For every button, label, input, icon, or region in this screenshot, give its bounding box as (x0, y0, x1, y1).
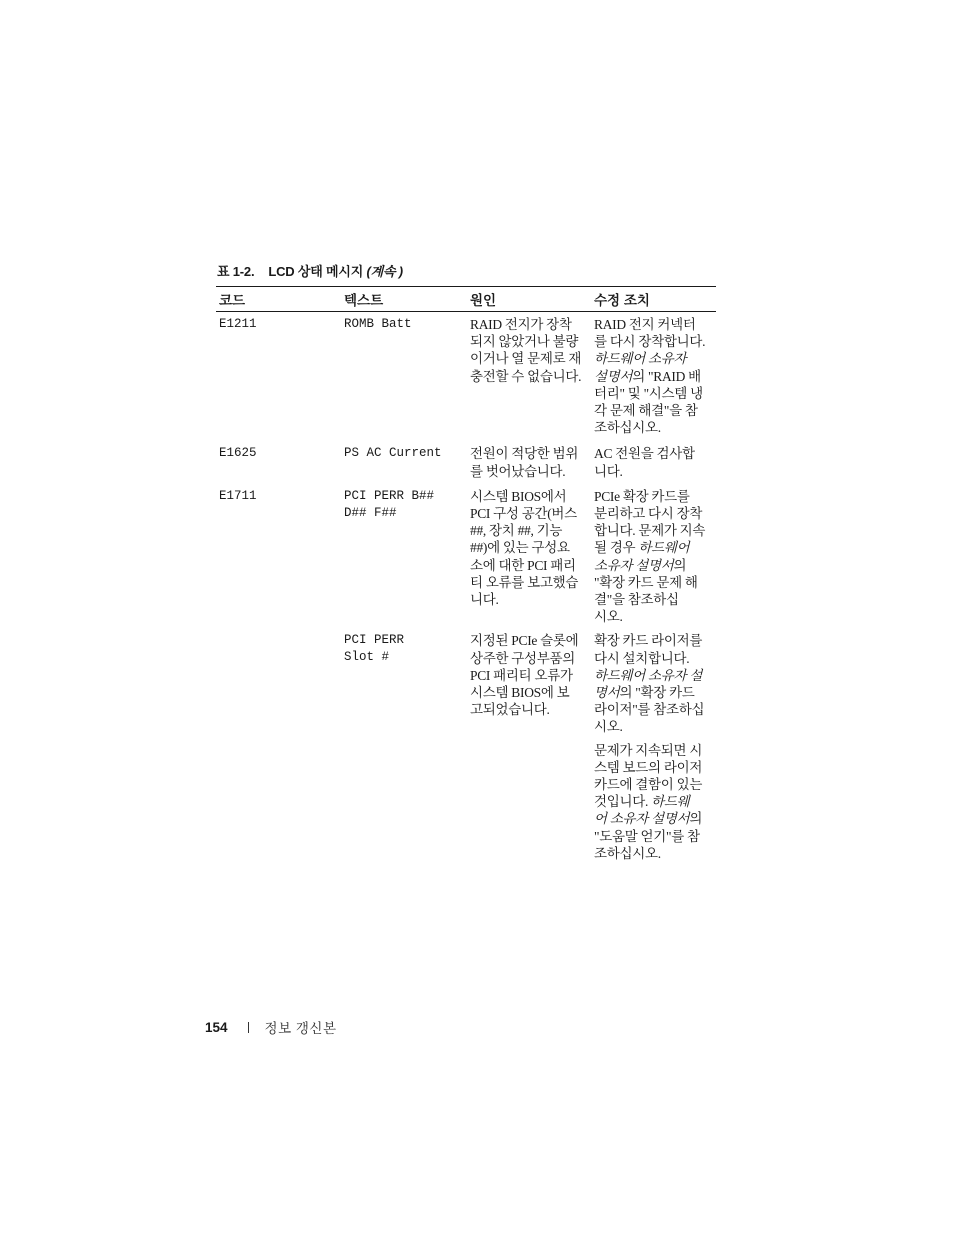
action-line: 터리" 및 "시스템 냉 (594, 385, 716, 402)
action-line: RAID 전지 커넥터 (594, 316, 716, 333)
action-line: 문제가 지속되면 시 (594, 742, 716, 759)
cause-line: ##, 장치 ##, 기능 (470, 522, 590, 539)
action-line: 각 문제 해결"을 참 (594, 402, 716, 419)
action-line: 확장 카드 라이저를 (594, 632, 716, 649)
header-text: 텍스트 (341, 289, 466, 309)
cause-line: PCI 구성 공간(버스 (470, 505, 590, 522)
row-action: PCIe 확장 카드를 분리하고 다시 장착 합니다. 문제가 지속 될 경우 … (590, 488, 716, 626)
action-line: 시오. (594, 718, 716, 735)
header-cause: 원인 (466, 289, 590, 309)
row-action: AC 전원을 검사합 니다. (590, 445, 716, 479)
page-footer: 154 정보 갱신본 (205, 1017, 337, 1037)
action-line: 결"을 참조하십 (594, 591, 716, 608)
lcd-status-table: 코드 텍스트 원인 수정 조치 E1211 ROMB Batt RAID 전지가… (216, 286, 716, 862)
table-row: E1211 ROMB Batt RAID 전지가 장착 되지 않았거나 불량 이… (216, 316, 716, 436)
page-number: 154 (205, 1020, 228, 1035)
section-title: 정보 갱신본 (265, 1017, 337, 1037)
cause-line: 상주한 구성부품의 (470, 650, 590, 667)
action-line: 분리하고 다시 장착 (594, 505, 716, 522)
header-code: 코드 (216, 289, 341, 309)
row-code: E1711 (216, 488, 341, 505)
action-line: 어 소유자 설명서의 (594, 810, 716, 827)
row-text: PCI PERR B## D## F## (341, 488, 466, 522)
row-text: PCI PERR Slot # (341, 632, 466, 666)
action-line: 다시 설치합니다. (594, 650, 716, 667)
row-cause: 시스템 BIOS에서 PCI 구성 공간(버스 ##, 장치 ##, 기능 ##… (466, 488, 590, 608)
cause-line: RAID 전지가 장착 (470, 316, 590, 333)
row-cause: RAID 전지가 장착 되지 않았거나 불량 이거나 열 문제로 재 충전할 수… (466, 316, 590, 385)
action-line: PCIe 확장 카드를 (594, 488, 716, 505)
action-line: AC 전원을 검사합 (594, 445, 716, 462)
table-caption: 표 1-2.LCD 상태 메시지 (계속 ) (217, 261, 403, 280)
row-code: E1625 (216, 445, 341, 462)
table-row: E1625 PS AC Current 전원이 적당한 범위 를 벗어났습니다.… (216, 445, 716, 479)
footer-separator (248, 1022, 249, 1033)
action-line: 명서의 "확장 카드 (594, 684, 716, 701)
action-line: 스템 보드의 라이저 (594, 759, 716, 776)
action-line: 조하십시오. (594, 419, 716, 436)
table-header-row: 코드 텍스트 원인 수정 조치 (216, 287, 716, 312)
table-row: PCI PERR Slot # 지정된 PCIe 슬롯에 상주한 구성부품의 P… (216, 632, 716, 862)
cause-line: 티 오류를 보고했습 (470, 574, 590, 591)
row-code: E1211 (216, 316, 341, 333)
action-line: 라이저"를 참조하십 (594, 701, 716, 718)
cause-line: ##)에 있는 구성요 (470, 539, 590, 556)
cause-line: 를 벗어났습니다. (470, 463, 590, 480)
action-line: 설명서의 "RAID 배 (594, 368, 716, 385)
action-line: "확장 카드 문제 해 (594, 574, 716, 591)
cause-line: 충전할 수 없습니다. (470, 368, 590, 385)
action-line: 조하십시오. (594, 845, 716, 862)
action-line: 니다. (594, 463, 716, 480)
action-line: 를 다시 장착합니다. (594, 333, 716, 350)
header-action: 수정 조치 (590, 289, 716, 309)
row-cause: 지정된 PCIe 슬롯에 상주한 구성부품의 PCI 패리티 오류가 시스템 B… (466, 632, 590, 718)
cause-line: 전원이 적당한 범위 (470, 445, 590, 462)
action-line: 합니다. 문제가 지속 (594, 522, 716, 539)
row-action: RAID 전지 커넥터 를 다시 장착합니다. 하드웨어 소유자 설명서의 "R… (590, 316, 716, 436)
table-number: 표 1-2. (217, 264, 254, 279)
cause-line: 니다. (470, 591, 590, 608)
action-line: "도움말 얻기"를 참 (594, 828, 716, 845)
action-paragraph: 문제가 지속되면 시 스템 보드의 라이저 카드에 결함이 있는 것입니다. 하… (594, 742, 716, 862)
table-continued-label: (계속 ) (367, 264, 403, 279)
action-line: 카드에 결함이 있는 (594, 776, 716, 793)
cause-line: 시스템 BIOS에 보 (470, 684, 590, 701)
cause-line: 지정된 PCIe 슬롯에 (470, 632, 590, 649)
action-paragraph: 확장 카드 라이저를 다시 설치합니다. 하드웨어 소유자 설 명서의 "확장 … (594, 632, 716, 735)
row-action: 확장 카드 라이저를 다시 설치합니다. 하드웨어 소유자 설 명서의 "확장 … (590, 632, 716, 862)
cause-line: 소에 대한 PCI 패리 (470, 557, 590, 574)
cause-line: 되지 않았거나 불량 (470, 333, 590, 350)
action-line: 될 경우 하드웨어 (594, 539, 716, 556)
action-line: 소유자 설명서의 (594, 557, 716, 574)
action-line: 하드웨어 소유자 (594, 350, 716, 367)
table-row: E1711 PCI PERR B## D## F## 시스템 BIOS에서 PC… (216, 488, 716, 626)
cause-line: PCI 패리티 오류가 (470, 667, 590, 684)
row-text: PS AC Current (341, 445, 466, 462)
row-text: ROMB Batt (341, 316, 466, 333)
row-cause: 전원이 적당한 범위 를 벗어났습니다. (466, 445, 590, 479)
action-line: 하드웨어 소유자 설 (594, 667, 716, 684)
action-line: 것입니다. 하드웨 (594, 793, 716, 810)
cause-line: 고되었습니다. (470, 701, 590, 718)
cause-line: 시스템 BIOS에서 (470, 488, 590, 505)
action-line: 시오. (594, 608, 716, 625)
cause-line: 이거나 열 문제로 재 (470, 350, 590, 367)
table-title: LCD 상태 메시지 (268, 264, 363, 279)
